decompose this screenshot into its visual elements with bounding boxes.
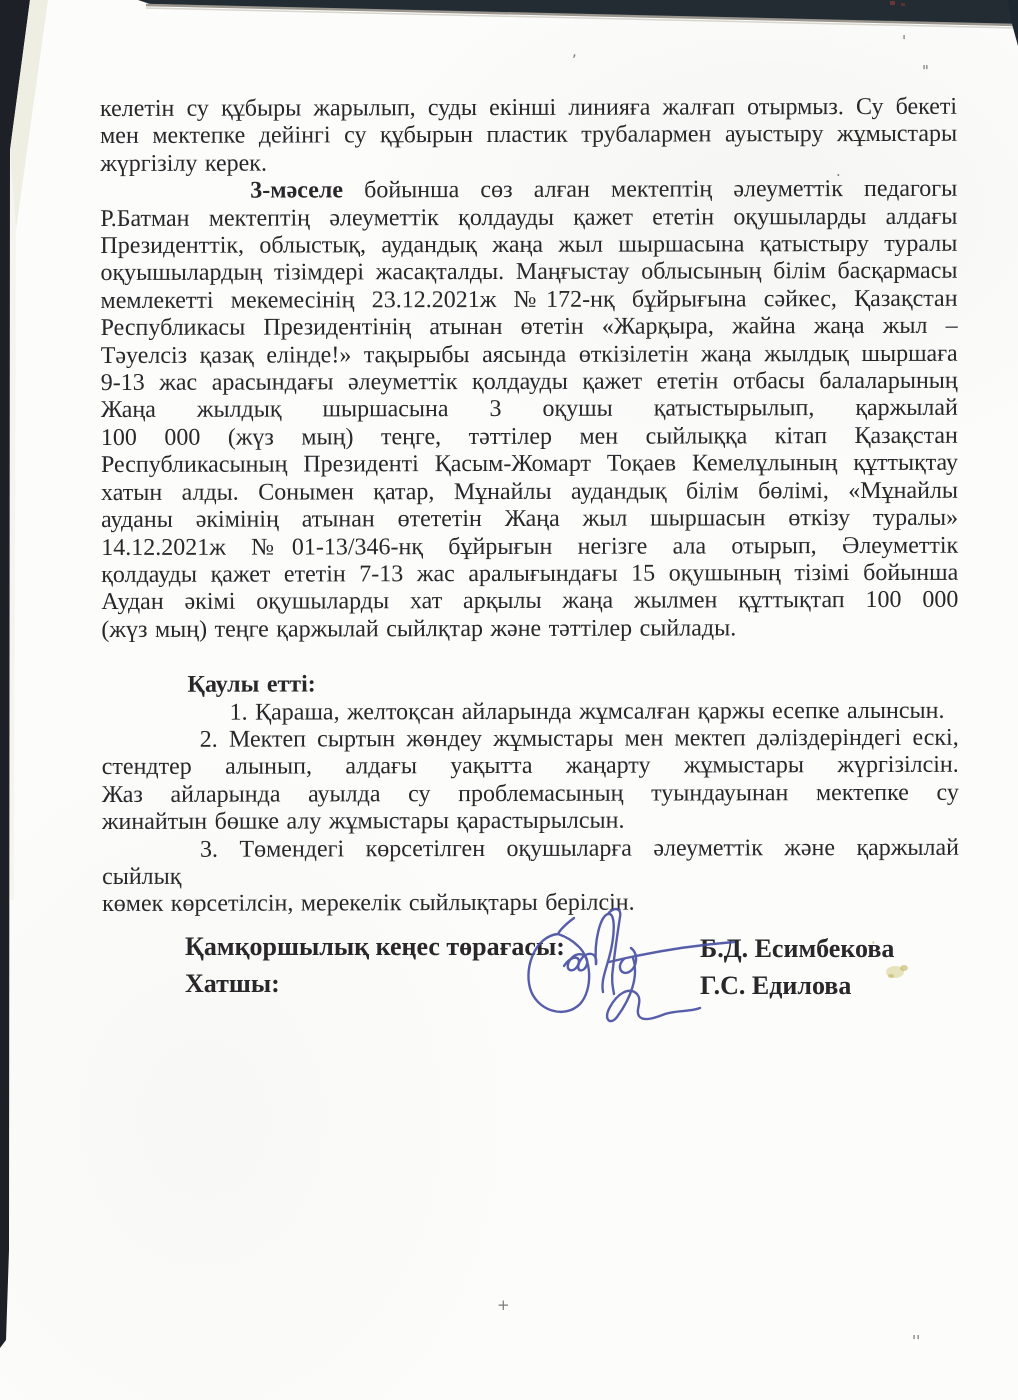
text-line: Республикасы Президентінің атынан өтетін… [101,313,958,343]
text-line: Жаз айларында ауылда су проблемасының ту… [102,780,959,810]
text-line: келетін су құбыры жарылып, суды екінші л… [100,94,957,124]
text-line: жүргізілу керек. [100,149,957,179]
text-run: бойынша сөз алған мектептің әлеуметтік п… [343,176,957,204]
scan-speck: '' [912,1332,920,1350]
signature-role-secretary: Хатшы: [185,969,280,999]
text-line: көмек көрсетілсін, мерекелік сыйлықтары … [102,889,959,919]
resolution-heading: Қаулы етті: [102,670,959,700]
resolution-item: 1. Қараша, желтоқсан айларында жұмсалған… [102,697,959,727]
text-line: хатын алды. Сонымен қатар, Мұнайлы аудан… [101,477,958,507]
signature-role-chairman: Қамқоршылық кеңес төрағасы: [185,932,565,962]
text-line: мен мектепке дейінгі су құбырын пластик … [100,121,957,151]
paragraph-lead: 3-мәселе [250,178,343,204]
text-line: 9-13 жас арасындағы әлеуметтік қолдауды … [101,368,958,398]
text-line: жинайтын бөшке алу жұмыстары қарастырылс… [102,807,959,837]
text-line: (жүз мың) теңге қаржылай сыйлқтар және т… [101,614,958,644]
signature-block: Қамқоршылық кеңес төрағасы: Хатшы: Б.Д. … [100,928,957,1058]
text-line: қолдауды қажет ететін 7-13 жас аралығынд… [101,560,958,590]
text-line: стендтер алынып, алдағы уақытта жаңарту … [102,752,959,782]
text-line: ауданы әкімінің атынан өтететін Жаңа жыл… [101,505,958,535]
resolution-item: 3. Төмендегі көрсетілген оқушыларға әлеу… [102,834,959,891]
text-line: Аудан әкімі оқушыларды хат арқылы жаңа ж… [101,587,958,617]
text-line: Жаңа жылдық шыршасына 3 оқушы қатыстырыл… [101,395,958,425]
scan-edge-top [138,0,1018,26]
scan-edge-top-right [1008,0,1018,46]
scan-edge-left [0,0,30,1348]
text-line: Республикасының Президенті Қасым-Жомарт … [101,450,958,480]
text-line: Президенттік, облыстық, аудандық жаңа жы… [100,231,957,261]
scan-edge-left-fade [10,0,48,230]
signature-name-chairman: Б.Д. Есимбекова [700,934,894,964]
document-body: келетін су құбыры жарылып, суды екінші л… [100,94,959,919]
resolution-item: 2. Мектеп сыртын жөндеу жұмыстары мен ме… [102,725,959,755]
scan-speck: . [836,162,841,180]
scan-speck: ' [902,32,906,50]
scanned-document-page: келетін су құбыры жарылып, суды екінші л… [0,0,1018,1400]
scan-speck: . [816,128,821,146]
text-line: 14.12.2021ж №01-13/346-нқ бұйрығын негіз… [101,532,958,562]
scan-speck: , [572,42,577,60]
text-line: 3-мәселе бойынша сөз алған мектептің әле… [100,176,957,206]
text-line: оқуышылардың тізімдері жасақталды. Маңғы… [100,258,957,288]
text-line: Р.Батман мектептің әлеуметтік қолдауды қ… [100,203,957,233]
text-line: 100 000 (жүз мың) теңге, тәттілер мен сы… [101,423,958,453]
scan-speck: · [871,934,876,952]
text-line: Тәуелсіз қазақ елінде!» тақырыбы аясында… [101,340,958,370]
scan-speck: " [922,62,929,80]
text-line: мемлекетті мекемесінің 23.12.2021ж №172-… [101,286,958,316]
scan-speck: + [497,1296,510,1314]
signature-name-secretary: Г.С. Едилова [700,971,851,1001]
